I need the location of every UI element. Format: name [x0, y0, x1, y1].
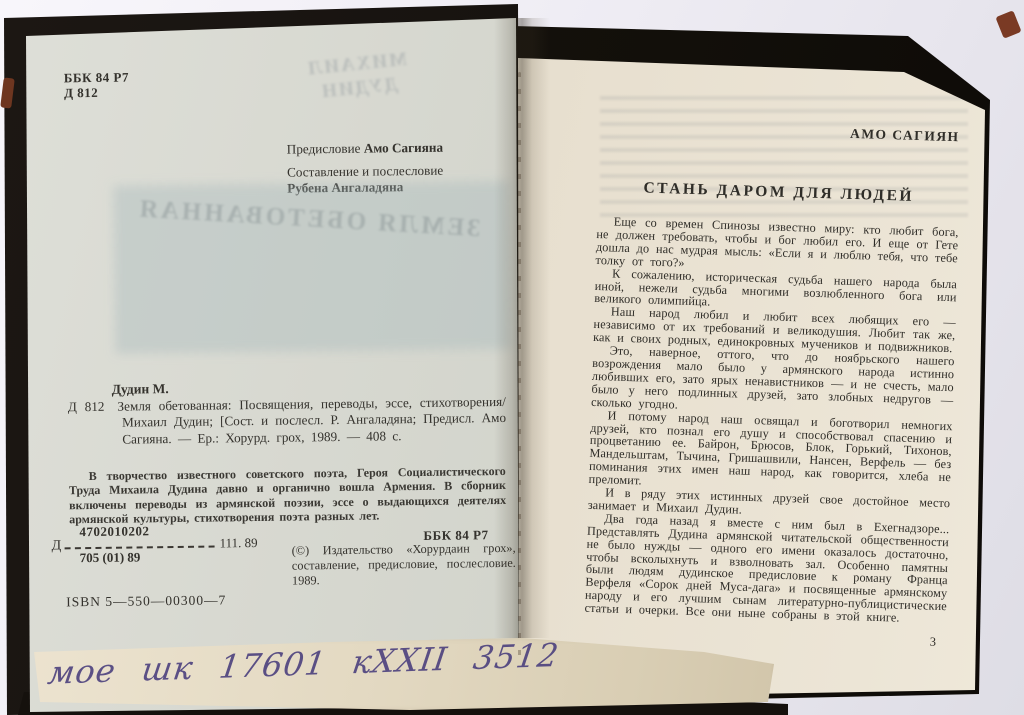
essay-paragraph: Это, наверное, оттого, что до ноябрьског… — [591, 344, 955, 420]
essay-body: Еще со времен Спинозы известно миру: кто… — [584, 215, 958, 626]
annotation-text: В творчество известного советского поэта… — [69, 464, 507, 527]
essay-paragraph: Два года назад я вместе с ним был в Ехег… — [584, 512, 949, 627]
page-number: 3 — [929, 635, 936, 650]
preface-author-name: Амо Сагияна — [364, 140, 443, 156]
catalog-entry-text: Земля обетованная: Посвящения, переводы,… — [117, 394, 506, 446]
book-photo: МИХАИЛ ДУДИН ББК 84 Р7 Д 812 Предисловие… — [0, 0, 1024, 715]
catalog-index-formula: Д 4702010202 705 (01) 89 111. 89 — [51, 526, 288, 573]
binding-stitches — [518, 72, 521, 662]
formula-denominator: 705 (01) 89 — [80, 549, 141, 566]
formula-numerator: 4702010202 — [79, 523, 149, 540]
cover-wear-mark — [995, 10, 1021, 38]
preface-credit: Предисловие Амо Сагияна — [287, 140, 443, 158]
essay-paragraph: И потому народ наш освящал и боготворил … — [588, 408, 952, 497]
formula-letter: Д — [51, 538, 61, 554]
isbn-number: ISBN 5—550—00300—7 — [66, 592, 226, 610]
compiler-credit-label: Составление и послесловие — [287, 163, 443, 181]
formula-suffix: 111. 89 — [219, 535, 257, 551]
copyright-notice: (©) Издательство «Хорурдаин грох», соста… — [292, 541, 517, 589]
catalog-entry: Д 812Земля обетованная: Посвящения, пере… — [68, 394, 507, 448]
catalog-author-heading: Дудин М. — [112, 381, 169, 398]
catalog-entry-code: Д 812 — [68, 399, 105, 414]
right-page-content: АМО САГИЯН СТАНЬ ДАРОМ ДЛЯ ЛЮДЕЙ Еще со … — [584, 118, 961, 626]
show-through-author-name: МИХАИЛ ДУДИН — [276, 45, 440, 109]
bbk-classification-code: ББК 84 Р7 Д 812 — [64, 70, 129, 101]
essay-title: СТАНЬ ДАРОМ ДЛЯ ЛЮДЕЙ — [598, 178, 960, 207]
